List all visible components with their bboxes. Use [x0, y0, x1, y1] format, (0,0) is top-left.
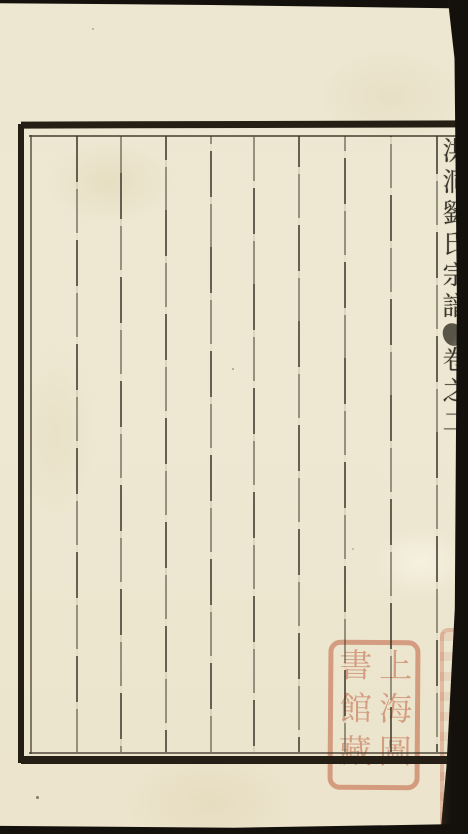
column-line — [390, 136, 392, 752]
frame-top-thick-border — [21, 120, 468, 128]
column-line — [344, 136, 346, 752]
frame-bottom-thick-border — [21, 756, 468, 764]
scanned-page-photo: 上海圖書館藏 洪洞劉氏宗譜卷之二 — [0, 0, 468, 834]
paper-speck — [92, 28, 94, 30]
column-line — [165, 136, 167, 752]
column-grid — [0, 136, 468, 752]
column-line — [298, 136, 300, 752]
frame-bottom-thin-border — [29, 752, 468, 754]
paper-speck — [36, 796, 39, 799]
column-line — [210, 136, 212, 752]
column-line — [76, 136, 78, 752]
column-line — [253, 136, 255, 752]
column-line — [120, 136, 122, 752]
